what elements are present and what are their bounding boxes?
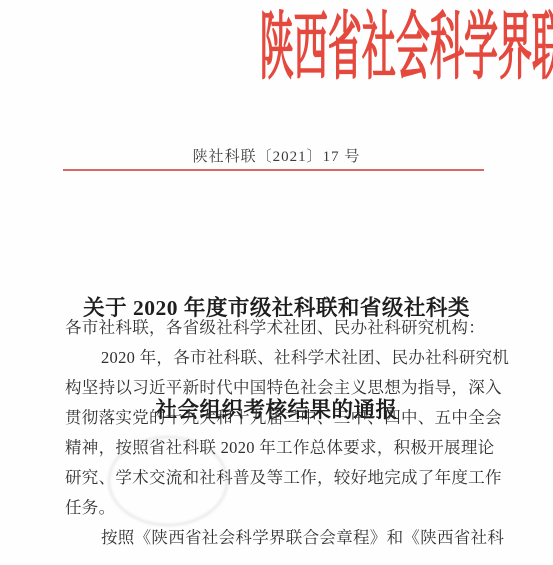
body-line: 贯彻落实党的十九大和十九届二中、三中、四中、五中全会: [65, 403, 510, 433]
document-number: 陕社科联〔2021〕17 号: [0, 145, 553, 166]
body-line: 精神，按照省社科联 2020 年工作总体要求，积极开展理论: [65, 433, 510, 463]
body-line: 2020 年，各市社科联、社科学术社团、民办社科研究机: [65, 343, 510, 373]
document-body: 各市社科联，各省级社科学术社团、民办社科研究机构： 2020 年，各市社科联、社…: [65, 313, 510, 553]
body-line: 研究、学术交流和社科普及等工作，较好地完成了年度工作: [65, 463, 510, 493]
body-line: 按照《陕西省社会科学界联合会章程》和《陕西省社科: [65, 523, 510, 553]
letterhead: 陕西省社会科学界联合会文件: [0, 10, 553, 88]
document-page: 陕西省社会科学界联合会文件 陕社科联〔2021〕17 号 关于 2020 年度市…: [0, 0, 553, 565]
body-line: 任务。: [65, 493, 510, 523]
body-line: 构坚持以习近平新时代中国特色社会主义思想为指导，深入: [65, 373, 510, 403]
letterhead-org-title: 陕西省社会科学界联合会文件: [260, 10, 553, 88]
body-line-salutation: 各市社科联，各省级社科学术社团、民办社科研究机构：: [65, 313, 510, 343]
red-divider-rule: [63, 169, 484, 171]
